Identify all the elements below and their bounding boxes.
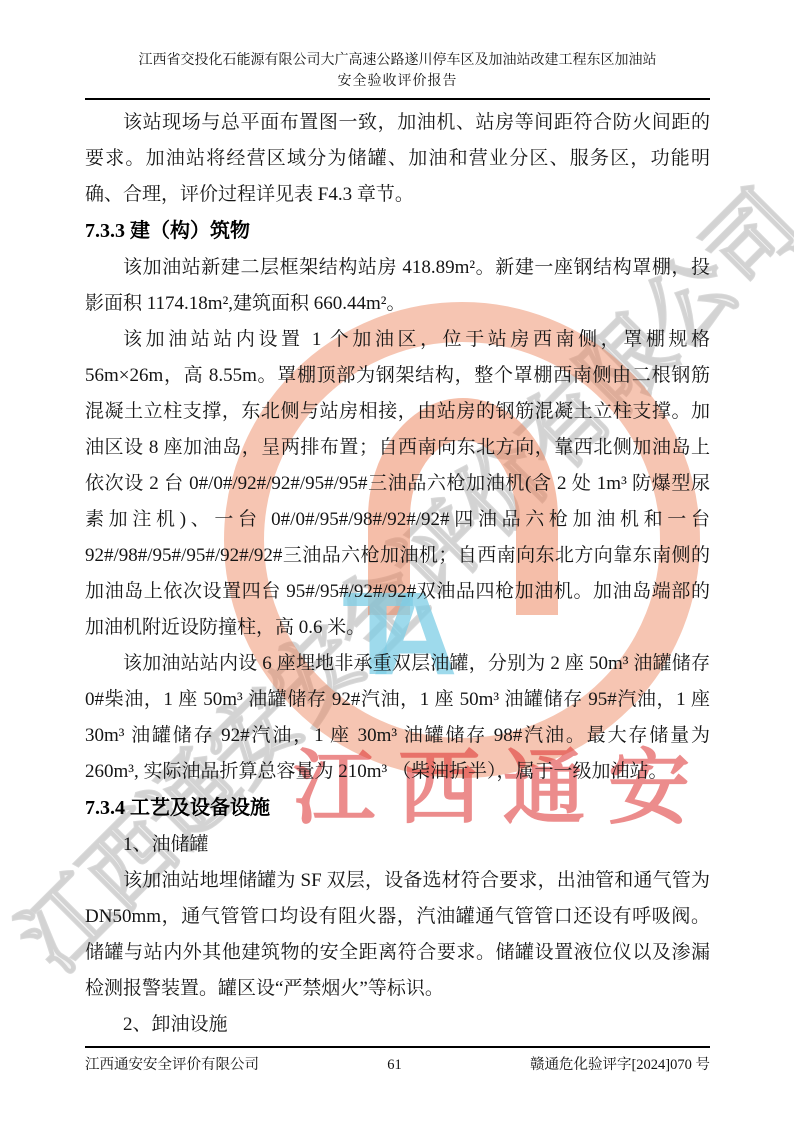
list-item-oil-storage-tank: 1、油储罐 [85,827,710,863]
document-body: 该站现场与总平面布置图一致，加油机、站房等间距符合防火间距的要求。加油站将经营区… [85,100,710,1043]
section-heading-7-3-4: 7.3.4 工艺及设备设施 [85,790,710,827]
footer-page-number: 61 [259,1057,530,1074]
header-title-line2: 安全验收评价报告 [85,71,710,92]
paragraph-refueling-area: 该加油站站内设置 1 个加油区，位于站房西南侧，罩棚规格 56m×26m，高 8… [85,322,710,646]
paragraph-oil-tanks: 该加油站站内设 6 座埋地非承重双层油罐，分别为 2 座 50m³ 油罐储存 0… [85,646,710,790]
document-header: 江西省交投化石能源有限公司大广高速公路遂川停车区及加油站改建工程东区加油站 安全… [85,0,710,100]
section-heading-7-3-3: 7.3.3 建（构）筑物 [85,213,710,250]
footer-document-number: 赣通危化验评字[2024]070 号 [530,1053,710,1074]
page-content: 江西省交投化石能源有限公司大广高速公路遂川停车区及加油站改建工程东区加油站 安全… [85,0,710,1043]
paragraph-buildings: 该加油站新建二层框架结构站房 418.89m²。新建一座钢结构罩棚，投影面积 1… [85,250,710,322]
paragraph-site-layout: 该站现场与总平面布置图一致，加油机、站房等间距符合防火间距的要求。加油站将经营区… [85,105,710,213]
list-item-unloading-facility: 2、卸油设施 [85,1007,710,1043]
report-page: { "document": { "header": { "title_line1… [0,0,794,1123]
footer-company-name: 江西通安安全评价有限公司 [85,1053,259,1074]
header-title-line1: 江西省交投化石能源有限公司大广高速公路遂川停车区及加油站改建工程东区加油站 [85,50,710,71]
document-footer: 江西通安安全评价有限公司 61 赣通危化验评字[2024]070 号 [85,1046,710,1074]
paragraph-tank-details: 该加油站地埋储罐为 SF 双层，设备选材符合要求，出油管和通气管为 DN50mm… [85,863,710,1007]
